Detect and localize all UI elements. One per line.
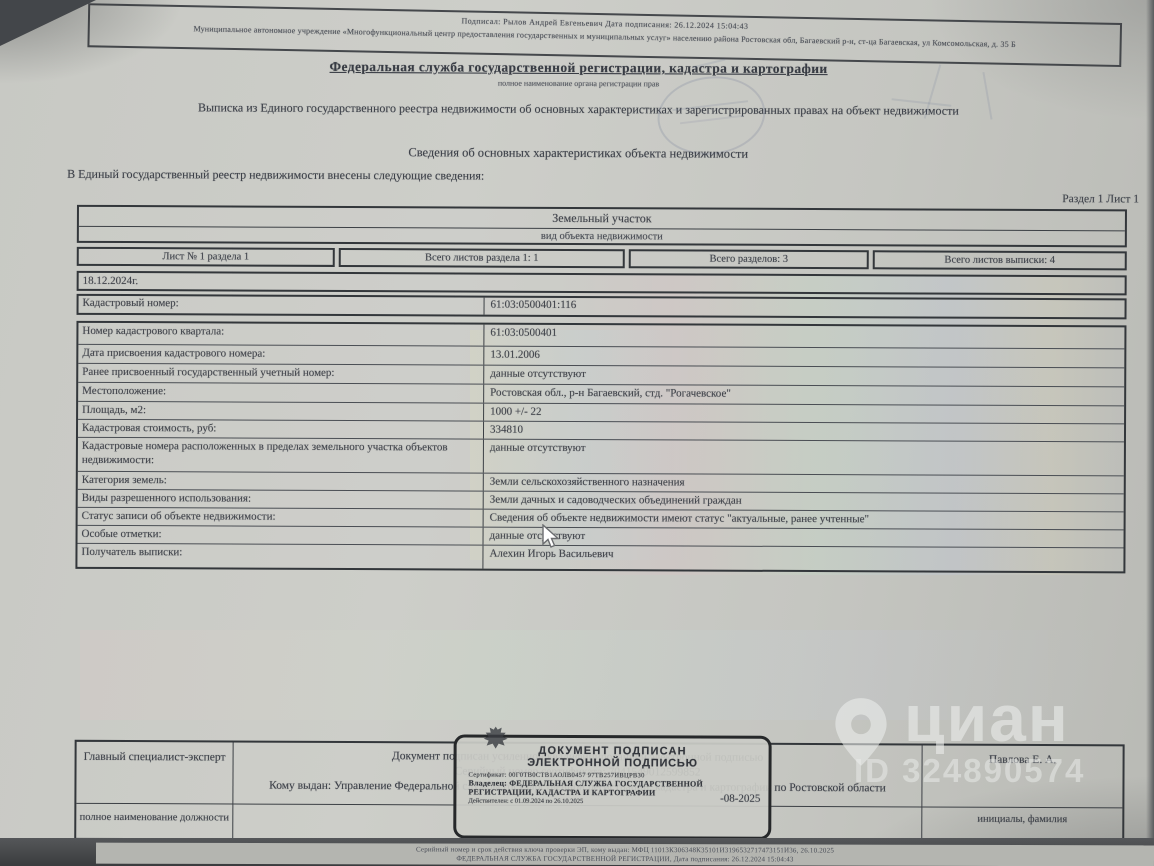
object-type-box: Земельный участок вид объекта недвижимос… bbox=[77, 205, 1127, 248]
row-label: Номер кадастрового квартала: bbox=[78, 323, 484, 346]
row-value: данные отсутствуют bbox=[484, 528, 1124, 548]
date-row: 18.12.2024г. bbox=[77, 271, 1127, 296]
esignature-stamp: ДОКУМЕНТ ПОДПИСАН ЭЛЕКТРОННОЙ ПОДПИСЬЮ С… bbox=[453, 734, 771, 839]
row-value: Алехин Игорь Васильевич bbox=[483, 546, 1123, 572]
row-label: Особые отметки: bbox=[78, 526, 484, 545]
row-value: 1000 +/- 22 bbox=[484, 404, 1124, 424]
section-page-label: Раздел 1 Лист 1 bbox=[1062, 193, 1139, 205]
position-caption-cell: полное наименование должности bbox=[76, 804, 233, 839]
row-label: Статус записи об объекте недвижимости: bbox=[78, 508, 484, 527]
row-value: данные отсутствуют bbox=[484, 440, 1124, 476]
row-value: данные отсутствуют bbox=[484, 366, 1124, 387]
row-value: Ростовская обл., р-н Багаевский, стд. "Р… bbox=[484, 385, 1124, 406]
intro-line: В Единый государственный реестр недвижим… bbox=[67, 167, 484, 184]
position-title-cell: Главный специалист-эксперт bbox=[76, 742, 233, 805]
coat-of-arms-icon bbox=[483, 726, 509, 750]
bleed-through-text: -08-2025 bbox=[720, 793, 760, 805]
meta-cell-sheets-in-section: Всего листов раздела 1: 1 bbox=[339, 248, 625, 268]
document-page: Подписал: Рылов Андрей Евгеньевич Дата п… bbox=[0, 0, 1154, 866]
mouse-cursor bbox=[540, 524, 562, 550]
stamp-title-2: ЭЛЕКТРОННОЙ ПОДПИСЬЮ bbox=[457, 756, 769, 769]
scan-edge-shadow bbox=[1146, 0, 1154, 866]
row-label: Категория земель: bbox=[78, 472, 484, 491]
signer-name-cell: Павлова Е. А. bbox=[922, 746, 1122, 809]
row-label: Виды разрешенного использования: bbox=[78, 490, 484, 509]
table-row: Получатель выписки: Алехин Игорь Василье… bbox=[77, 544, 1123, 572]
meta-cell-sheet: Лист № 1 раздела 1 bbox=[77, 247, 335, 267]
table-row: Кадастровые номера расположенных в преде… bbox=[78, 438, 1124, 477]
row-label: Кадастровый номер: bbox=[79, 296, 485, 315]
row-value: 334810 bbox=[484, 422, 1124, 442]
row-value: Земли сельскохозяйственного назначения bbox=[484, 474, 1124, 494]
object-type-caption: вид объекта недвижимости bbox=[79, 227, 1125, 249]
meta-cell-total-sheets: Всего листов выписки: 4 bbox=[873, 250, 1127, 270]
footer-line-2: ФЕДЕРАЛЬНАЯ СЛУЖБА ГОСУДАРСТВЕННОЙ РЕГИС… bbox=[96, 854, 1154, 865]
footer-strip: Серийный номер и срок действия ключа про… bbox=[96, 843, 1154, 866]
row-value: Сведения об объекте недвижимости имеют с… bbox=[484, 510, 1124, 530]
characteristics-table: Номер кадастрового квартала: 61:03:05004… bbox=[75, 321, 1126, 574]
esign-top-note: Подписал: Рылов Андрей Евгеньевич Дата п… bbox=[87, 3, 1122, 67]
row-label: Дата присвоения кадастрового номера: bbox=[78, 345, 484, 365]
row-label: Получатель выписки: bbox=[77, 544, 483, 569]
section-title: Сведения об основных характеристиках объ… bbox=[1, 143, 1154, 163]
meta-cell-total-sections: Всего разделов: 3 bbox=[629, 249, 869, 269]
row-value: 61:03:0500401 bbox=[484, 325, 1124, 349]
org-subtitle: полное наименование органа регистрации п… bbox=[2, 76, 1154, 90]
row-label: Местоположение: bbox=[78, 383, 484, 403]
row-value: 13.01.2006 bbox=[484, 347, 1124, 368]
row-label: Площадь, м2: bbox=[78, 402, 484, 421]
row-label: Кадастровые номера расположенных в преде… bbox=[78, 438, 484, 473]
row-value: Земли дачных и садоводческих объединений… bbox=[484, 492, 1124, 512]
extract-title: Выписка из Единого государственного реес… bbox=[41, 100, 1115, 120]
row-label: Ранее присвоенный государственный учетны… bbox=[78, 364, 484, 384]
row-value: 61:03:0500401:116 bbox=[485, 298, 1125, 318]
row-label: Кадастровая стоимость, руб: bbox=[78, 420, 484, 439]
cadastral-number-row: Кадастровый номер: 61:03:0500401:116 bbox=[77, 294, 1127, 320]
